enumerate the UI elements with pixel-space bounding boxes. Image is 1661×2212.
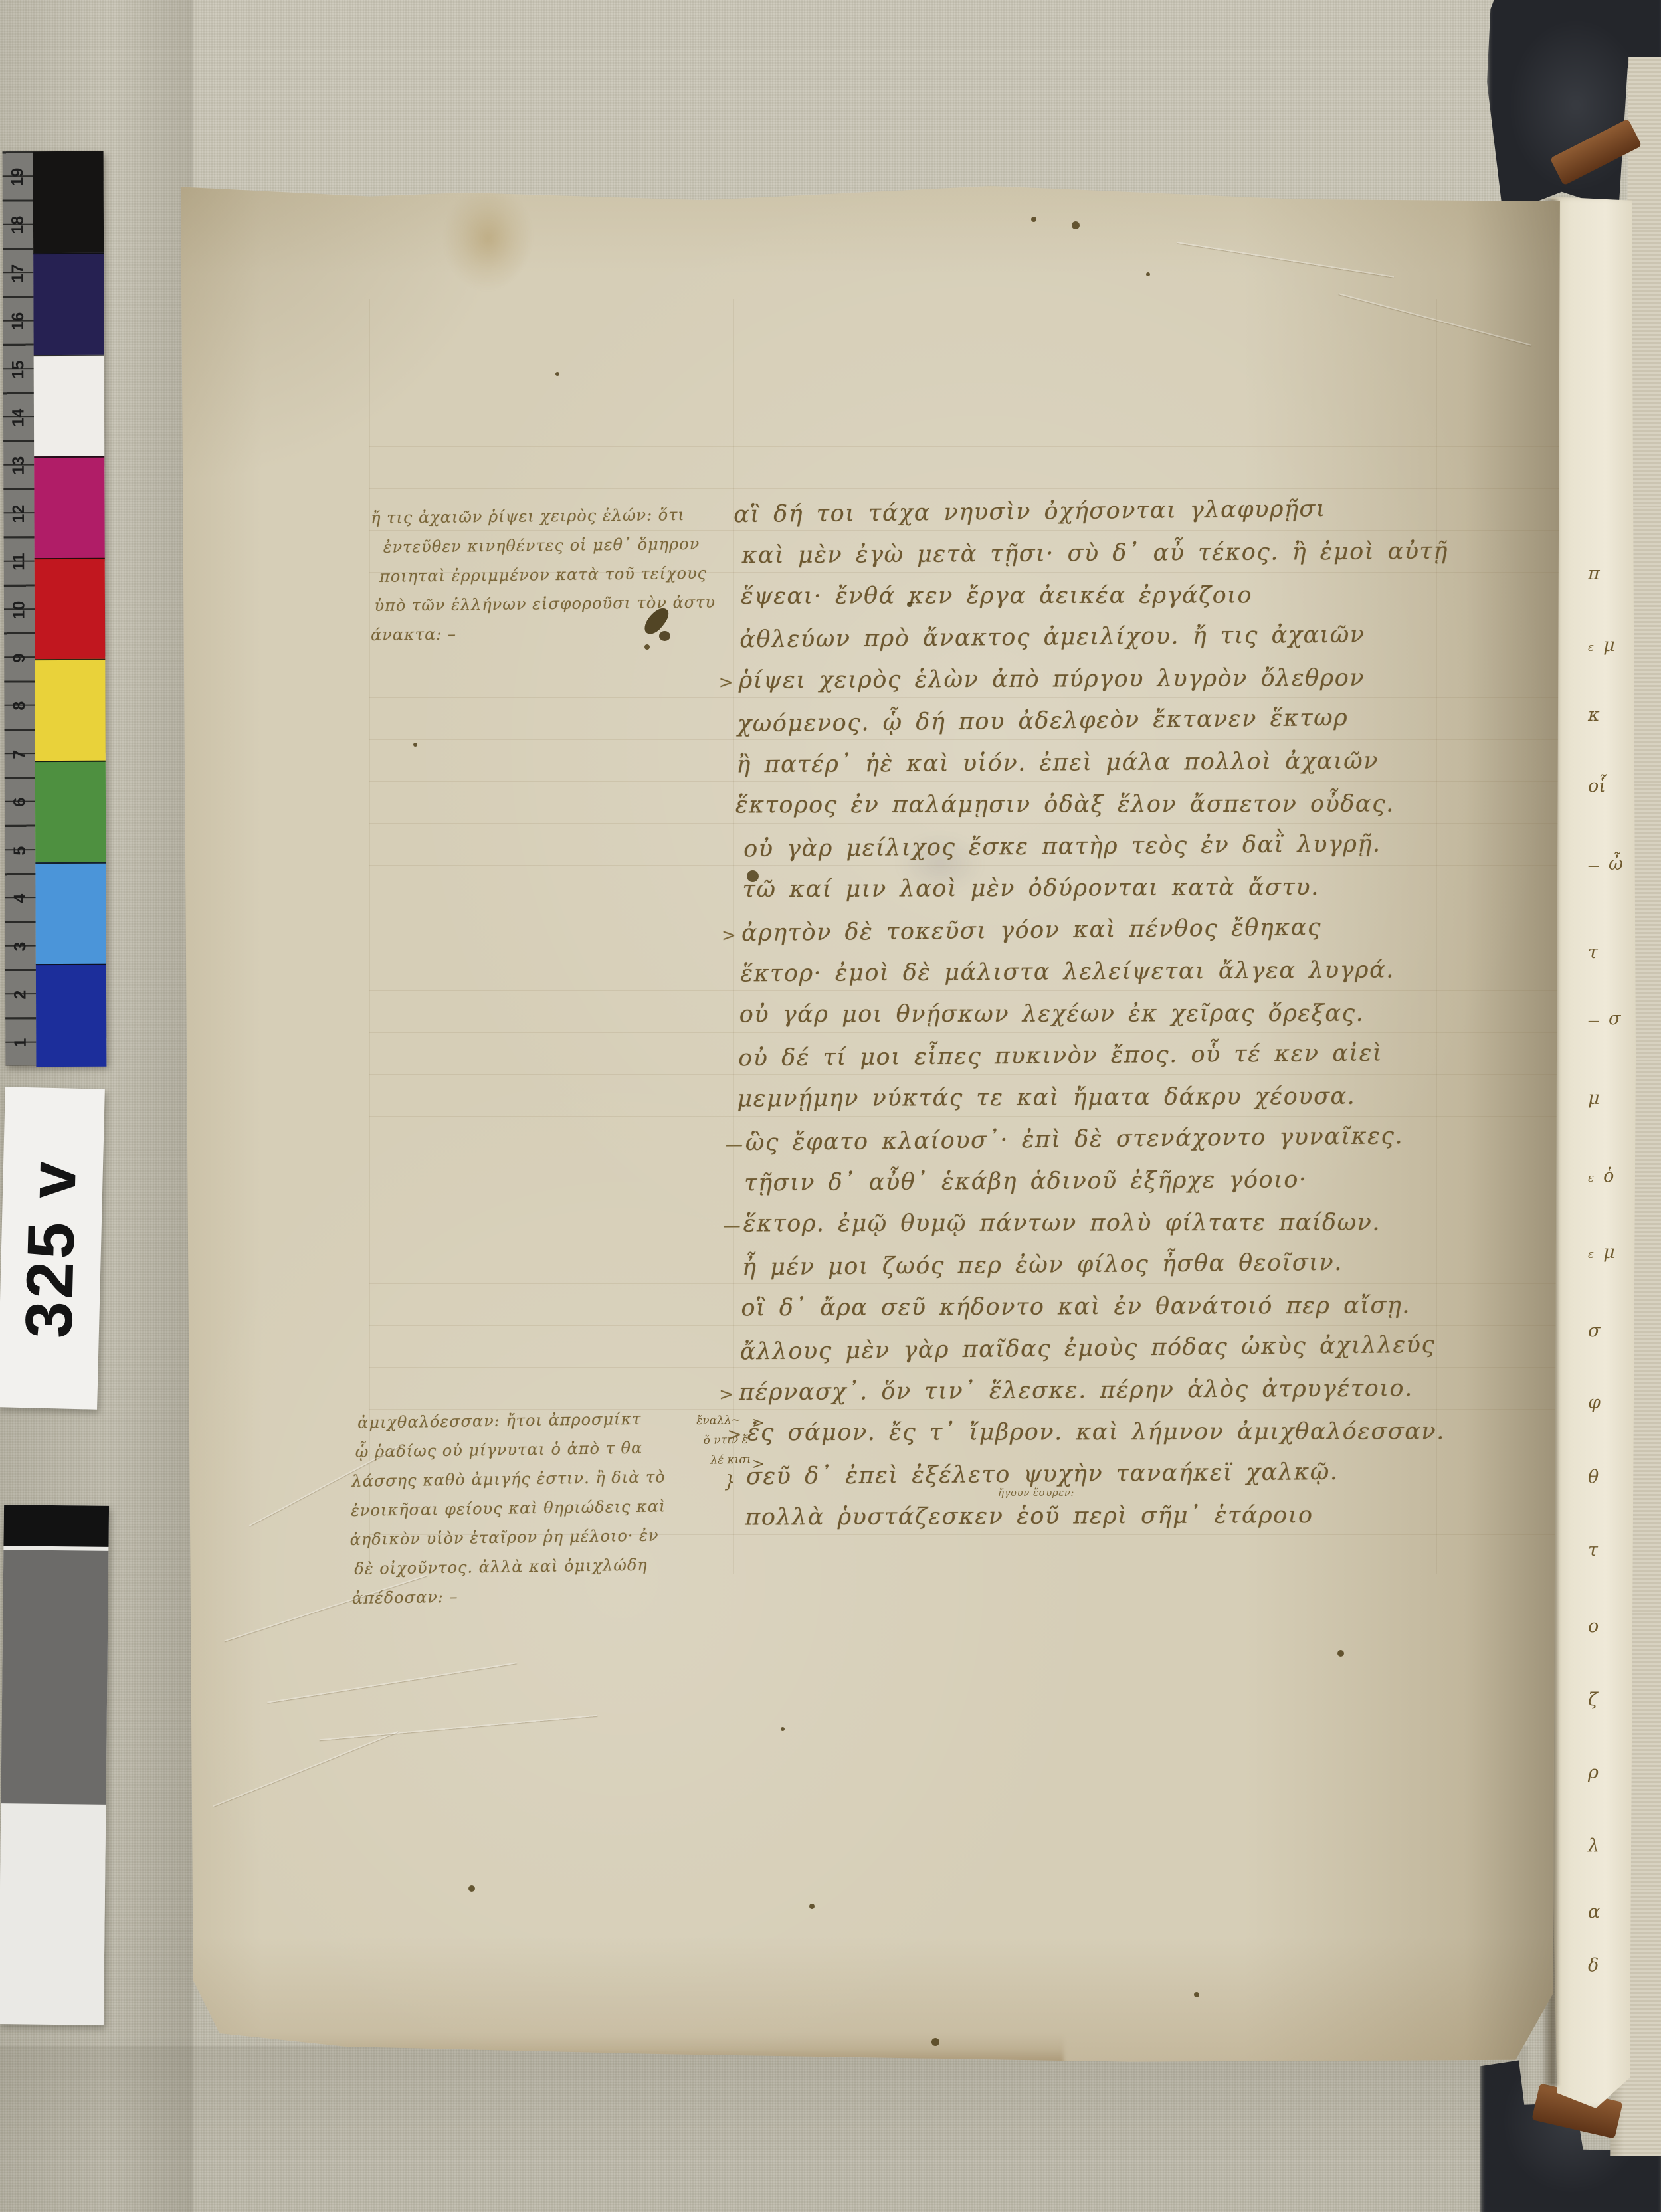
text-line: πολλὰ ῥυστάζεσκεν ἑοῦ περὶ σῆμ᾽ ἑτάροιο — [725, 1502, 1313, 1531]
verse-text: χωόμενος. ᾧ δή που ἀδελφεὸν ἔκτανεν ἕκτω… — [737, 704, 1349, 737]
scholion-line: ὑπὸ τῶν ἑλλήνων εἰσφοροῦσι τὸν ἀστυ — [374, 593, 716, 615]
verse-text: τῇσιν δ᾽ αὖθ᾽ ἑκάβη ἁδινοῦ ἐξῆρχε γόοιο· — [744, 1166, 1307, 1196]
verse-text: αἳ δή τοι τάχα νηυσὶν ὀχήσονται γλαφυρῇσ… — [733, 496, 1326, 528]
fore-edge-letter: π — [1588, 563, 1600, 584]
ruling-line — [369, 1409, 1618, 1410]
text-line: >ἐς σάμον. ἔς τ᾽ ἴμβρον. καὶ λήμνον ἀμιχ… — [728, 1418, 1445, 1446]
fore-edge-letter: ζ — [1588, 1689, 1598, 1710]
verse-text: ὣς ἔφατο κλαίουσ᾽· ἐπὶ δὲ στενάχοντο γυν… — [745, 1123, 1404, 1156]
ink-spot — [468, 1885, 475, 1892]
scholion-line: ἤ τις ἀχαιῶν ῥίψει χειρὸς ἑλών: ὅτι — [371, 506, 685, 527]
color-patch-ultramarine — [36, 964, 107, 1067]
verse-text: οἳ δ᾽ ἄρα σεῦ κήδοντο καὶ ἐν θανάτοιό πε… — [741, 1292, 1411, 1321]
ruling-line — [369, 1200, 1618, 1200]
text-line: ἦ μέν μοι ζωός περ ἐὼν φίλος ἦσθα θεοῖσι… — [722, 1249, 1343, 1281]
scholion-line: ἀηδικὸν υἱὸν ἑταῖρον ῥη μέλοιο· ἐν — [349, 1526, 658, 1548]
color-calibration-strip: 19181716151413121110987654321 — [3, 151, 107, 1066]
wrinkle — [1177, 242, 1394, 278]
fore-edge-glyph: θ — [1588, 1467, 1599, 1487]
text-line: >ἀρητὸν δὲ τοκεῦσι γόον καὶ πένθος ἔθηκα… — [722, 914, 1321, 947]
text-line: αἳ δή τοι τάχα νηυσὶν ὀχήσονται γλαφυρῇσ… — [714, 496, 1326, 528]
margin-mark: > — [722, 925, 741, 945]
fore-edge-letter: κ — [1588, 705, 1600, 725]
ruling-line — [369, 949, 1618, 949]
ruler-number: 19 — [8, 167, 27, 187]
ruling-line — [369, 1367, 1618, 1368]
fore-edge-glyph: τ — [1588, 1540, 1598, 1560]
verse-text: οὐ γὰρ μείλιχος ἔσκε πατὴρ τεὸς ἐν δαῒ λ… — [743, 830, 1381, 862]
ruler-number: 18 — [8, 215, 27, 235]
ink-spot — [644, 644, 650, 650]
ruling-line — [369, 656, 1618, 656]
ruling-line — [369, 1074, 1618, 1075]
ruling-line — [369, 823, 1618, 824]
margin-note-line: ὅ ντιν ἕ — [704, 1433, 748, 1447]
verse-text: μεμνῄμην νύκτάς τε καὶ ἤματα δάκρυ χέουσ… — [737, 1083, 1355, 1112]
wrinkle — [1256, 2084, 1481, 2102]
ruling-line — [369, 1534, 1618, 1535]
text-line: σεῦ δ᾽ ἐπεὶ ἐξέλετο ψυχὴν ταναήκεϊ χαλκῷ… — [726, 1459, 1339, 1491]
text-line: χωόμενος. ᾧ δή που ἀδελφεὸν ἔκτανεν ἕκτω… — [718, 704, 1349, 737]
fore-edge-glyph: λ — [1588, 1835, 1599, 1856]
color-patch-dark-violet-blue — [33, 253, 104, 356]
fore-edge-letter: εμ — [1588, 1242, 1615, 1263]
ruling-line — [369, 1493, 1618, 1493]
wrinkle — [267, 1662, 517, 1703]
fore-edge-glyph: μ — [1603, 1242, 1615, 1263]
ruler-number: 16 — [9, 312, 28, 331]
ruling-line — [369, 907, 1618, 907]
ruler-number: 9 — [10, 648, 29, 668]
ruler: 19181716151413121110987654321 — [3, 151, 37, 1065]
fore-edge-glyph: ζ — [1588, 1689, 1598, 1710]
ruler-number: 1 — [11, 1033, 31, 1053]
fore-edge-letter: ρ — [1588, 1762, 1599, 1783]
fore-edge-glyph: σ — [1609, 1008, 1620, 1029]
text-line: οὐ γὰρ μείλιχος ἔσκε πατὴρ τεὸς ἐν δαῒ λ… — [724, 830, 1381, 862]
ruler-number: 11 — [9, 552, 29, 572]
ruling-line — [369, 572, 1618, 573]
ruler-number: 13 — [9, 456, 29, 476]
ruling-line — [369, 990, 1618, 991]
ruling-line — [369, 1032, 1618, 1033]
gray-card-white — [0, 1807, 106, 2024]
verse-text: ἐς σάμον. ἔς τ᾽ ἴμβρον. καὶ λήμνον ἀμιχθ… — [747, 1418, 1445, 1446]
fore-edge-letter: τ — [1588, 1540, 1598, 1560]
text-line: οὐ γάρ μοι θνῄσκων λεχέων ἐκ χεῖρας ὄρεξ… — [720, 1000, 1365, 1028]
fore-edge-glyph: τ — [1588, 942, 1598, 963]
scholion-line: ποιηταὶ ἐρριμμένον κατὰ τοῦ τείχους — [379, 564, 707, 586]
color-patch-black — [33, 151, 104, 253]
ruler-number: 12 — [9, 504, 29, 523]
folio-number: 325 v — [11, 1158, 92, 1339]
fore-edge-letter: φ — [1588, 1392, 1601, 1413]
fore-edge-glyph: ρ — [1588, 1762, 1599, 1783]
fabric-shadow — [0, 2046, 1528, 2212]
ruling-line — [369, 1283, 1618, 1284]
margin-variant-note: ἔναλλ~ὅ ντιν ἕλέ κισι — [696, 1413, 776, 1414]
scholion-line: λάσσης καθὸ ἀμιγής ἐστιν. ἢ διὰ τὸ — [351, 1467, 666, 1491]
fore-edge-letter: ο — [1588, 1616, 1599, 1637]
ruling-line — [369, 697, 1618, 698]
scholion-line: ἐντεῦθεν κινηθέντες οἱ μεθ᾽ ὅμηρον — [383, 535, 700, 557]
fore-edge-glyph: φ — [1588, 1392, 1601, 1413]
ruling-line — [369, 1158, 1618, 1158]
text-line: ἄλλους μὲν γὰρ παῖδας ἐμοὺς πόδας ὠκὺς ἀ… — [720, 1331, 1436, 1365]
fore-edge-pre-mark: — — [1588, 860, 1599, 873]
text-line: τῇσιν δ᾽ αὖθ᾽ ἑκάβη ἁδινοῦ ἐξῆρχε γόοιο· — [724, 1166, 1307, 1196]
ink-spot — [781, 1727, 785, 1731]
gray-card-black — [3, 1505, 109, 1547]
wrinkle — [225, 1575, 427, 1642]
scholion-line: ᾧ ῥαδίως οὐ μίγνυται ὁ ἀπὸ τ θα — [355, 1439, 643, 1461]
verse-text: ἕκτορ· ἐμοὶ δὲ μάλιστα λελείψεται ἄλγεα … — [740, 957, 1395, 987]
fore-edge-letter: οἷ — [1588, 776, 1606, 796]
ruling-line — [369, 739, 1618, 740]
parchment-page: αἳ δή τοι τάχα νηυσὶν ὀχήσονται γλαφυρῇσ… — [179, 179, 1561, 2069]
ink-spot — [931, 2038, 939, 2046]
fore-edge-letter: —σ — [1588, 1008, 1620, 1029]
fore-edge-letter: εὁ — [1588, 1166, 1614, 1186]
ruling-line — [369, 1116, 1618, 1117]
ink-spot — [1194, 1992, 1199, 1997]
ruler-number: 15 — [9, 359, 28, 379]
fore-edge-pre-mark: ε — [1588, 1172, 1594, 1185]
ink-spot — [1072, 221, 1080, 229]
folio-number-card: 325 v — [0, 1087, 105, 1410]
text-line: ἢ πατέρ᾽ ἠὲ καὶ υἱόν. ἐπεὶ μάλα πολλοὶ ἀ… — [716, 747, 1379, 778]
verse-text: ἄλλους μὲν γὰρ παῖδας ἐμοὺς πόδας ὠκὺς ἀ… — [740, 1331, 1436, 1365]
ruler-number: 8 — [10, 696, 29, 716]
fore-edge-letter: δ — [1588, 1955, 1599, 1976]
ink-spot — [1337, 1650, 1344, 1657]
scholion-line: ἐνοικῆσαι φείους καὶ θηριώδεις καὶ — [351, 1497, 666, 1520]
verse-text: ἕκτορος ἐν παλάμῃσιν ὀδὰξ ἕλον ἄσπετον ο… — [735, 790, 1395, 818]
text-line: ἕψεαι· ἔνθά κεν ἔργα ἀεικέα ἐργάζοιο — [721, 582, 1252, 610]
color-patch-green — [35, 761, 106, 864]
text-line: ἕκτορος ἐν παλάμῃσιν ὀδὰξ ἕλον ἄσπετον ο… — [716, 790, 1395, 818]
text-line: μεμνῄμην νύκτάς τε καὶ ἤματα δάκρυ χέουσ… — [717, 1083, 1355, 1112]
verse-text: ἕκτορ. ἐμῷ θυμῷ πάντων πολὺ φίλτατε παίδ… — [743, 1209, 1381, 1237]
diple-mark: > — [752, 1415, 764, 1431]
margin-note-line: ἔναλλ~ — [696, 1414, 741, 1428]
text-line: ἕκτορ· ἐμοὶ δὲ μάλιστα λελείψεται ἄλγεα … — [720, 957, 1395, 987]
fore-edge-glyph: ὦ — [1609, 854, 1623, 874]
wrinkle — [320, 1715, 598, 1741]
margin-mark: > — [719, 1384, 739, 1404]
scholion-line: άνακτα: – — [371, 625, 456, 644]
ruling-line — [369, 405, 1618, 405]
fore-edge-glyph: π — [1588, 563, 1600, 584]
ruler-number: 17 — [9, 263, 28, 283]
verse-text: ἦ μέν μοι ζωός περ ἐὼν φίλος ἦσθα θεοῖσι… — [742, 1249, 1343, 1280]
verse-text: πολλὰ ῥυστάζεσκεν ἑοῦ περὶ σῆμ᾽ ἑτάροιο — [745, 1502, 1313, 1530]
verse-text: ἢ πατέρ᾽ ἠὲ καὶ υἱόν. ἐπεὶ μάλα πολλοὶ ἀ… — [736, 747, 1379, 778]
fore-edge-glyph: σ — [1588, 1321, 1600, 1341]
ruling-line — [369, 614, 1618, 614]
ruler-number: 6 — [10, 792, 29, 812]
ink-blot — [659, 631, 670, 641]
ink-spot — [413, 743, 417, 747]
verse-text: οὐ γάρ μοι θνῄσκων λεχέων ἐκ χεῖρας ὄρεξ… — [739, 1000, 1365, 1028]
fore-edge-letter: λ — [1588, 1835, 1599, 1856]
ruling-line — [369, 530, 1618, 531]
ruling-line — [369, 865, 1618, 866]
ink-spot — [809, 1904, 815, 1909]
color-patch-light-blue — [35, 862, 106, 965]
fore-edge-glyph: ο — [1588, 1616, 1599, 1637]
ink-spot — [747, 870, 759, 882]
text-line: ἀθλεύων πρὸ ἄνακτος ἀμειλίχου. ἤ τις ἀχα… — [720, 621, 1365, 653]
fore-edge-letter: θ — [1588, 1467, 1599, 1487]
fore-edge-glyph: κ — [1588, 705, 1600, 725]
verse-text: σεῦ δ᾽ ἐπεὶ ἐξέλετο ψυχὴν ταναήκεϊ χαλκῷ… — [746, 1459, 1339, 1490]
stain — [444, 186, 533, 291]
text-line: οὐ δέ τί μοι εἶπες πυκινὸν ἔπος. οὗ τέ κ… — [718, 1040, 1383, 1071]
fore-edge-pre-mark: — — [1588, 1014, 1599, 1028]
verse-text: πέρνασχ᾽. ὅν τιν᾽ ἕλεσκε. πέρην ἁλὸς ἀτρ… — [739, 1375, 1413, 1406]
text-line: >πέρνασχ᾽. ὅν τιν᾽ ἕλεσκε. πέρην ἁλὸς ἀτ… — [719, 1375, 1413, 1406]
color-patch-magenta — [34, 456, 105, 559]
color-patch-yellow — [35, 659, 106, 762]
ruler-number: 5 — [11, 840, 30, 860]
grayscale-card — [0, 1505, 109, 2025]
ruler-number: 4 — [11, 889, 30, 909]
fore-edge-glyph: μ — [1588, 1088, 1600, 1109]
margin-mark: — — [726, 1135, 745, 1154]
scholion-line: ἀπέδοσαν: – — [352, 1588, 458, 1608]
fore-edge-glyph: οἷ — [1588, 776, 1606, 796]
ruling-line — [369, 781, 1618, 782]
fore-edge-letter: εμ — [1588, 635, 1615, 656]
fore-edge-letter: —ὦ — [1588, 854, 1623, 874]
ink-spot — [1146, 272, 1150, 276]
ruling-line — [369, 1242, 1618, 1242]
gray-card-gray — [1, 1550, 108, 1805]
verse-text: οὐ δέ τί μοι εἶπες πυκινὸν ἔπος. οὗ τέ κ… — [738, 1040, 1383, 1071]
margin-note-line: λέ κισι — [710, 1453, 751, 1467]
ink-spot — [1031, 217, 1036, 222]
fore-edge-letter: α — [1588, 1902, 1600, 1922]
text-line: καὶ μὲν ἐγὼ μετὰ τῇσι· σὺ δ᾽ αὖ τέκος. ἢ… — [722, 537, 1448, 569]
verse-text: τῶ καί μιν λαοὶ μὲν ὀδύρονται κατὰ ἄστυ. — [742, 874, 1319, 903]
ruling-line — [369, 446, 1618, 447]
fore-edge-pre-mark: ε — [1588, 1248, 1594, 1261]
color-patch-white — [34, 355, 105, 458]
fore-edge-letter: τ — [1588, 942, 1598, 963]
fore-edge-glyph: α — [1588, 1902, 1600, 1922]
text-line: >ῥίψει χειρὸς ἑλὼν ἀπὸ πύργου λυγρὸν ὄλε… — [719, 664, 1365, 693]
main-text-block: αἳ δή τοι τάχα νηυσὶν ὀχήσονται γλαφυρῇσ… — [718, 497, 1502, 502]
text-line: τῶ καί μιν λαοὶ μὲν ὀδύρονται κατὰ ἄστυ. — [722, 874, 1319, 903]
ruling-column-line — [733, 299, 734, 1574]
color-patch-red — [35, 557, 106, 660]
text-line: οἳ δ᾽ ἄρα σεῦ κήδοντο καὶ ἐν θανάτοιό πε… — [721, 1292, 1411, 1321]
ruling-line — [369, 363, 1618, 363]
diple-mark: > — [752, 1456, 764, 1473]
fore-edge-glyph: ὁ — [1603, 1166, 1614, 1186]
manuscript-photograph: πεμκοἷ—ὦτ—σμεὁεμσφθτοζρλαδ αἳ δή τοι τάχ… — [0, 0, 1661, 2212]
verse-text: ἀρητὸν δὲ τοκεῦσι γόον καὶ πένθος ἔθηκας — [741, 914, 1321, 947]
scholion-line: δὲ οἰχοῦντος. ἀλλὰ καὶ ὀμιχλώδη — [354, 1556, 648, 1578]
fore-edge-letter: μ — [1588, 1088, 1600, 1109]
ruling-line — [369, 1325, 1618, 1326]
fore-edge-letter: σ — [1588, 1321, 1600, 1341]
text-line: —ὣς ἔφατο κλαίουσ᾽· ἐπὶ δὲ στενάχοντο γυ… — [726, 1123, 1404, 1156]
ink-spot — [555, 372, 559, 376]
verse-text: ῥίψει χειρὸς ἑλὼν ἀπὸ πύργου λυγρὸν ὄλεθ… — [739, 664, 1365, 693]
ruling-column-line — [369, 299, 370, 1574]
ruling-line — [369, 1451, 1618, 1451]
ink-spot — [907, 602, 912, 607]
verse-text: καὶ μὲν ἐγὼ μετὰ τῇσι· σὺ δ᾽ αὖ τέκος. ἢ… — [741, 537, 1448, 568]
text-line: —ἕκτορ. ἐμῷ θυμῷ πάντων πολὺ φίλτατε παί… — [724, 1209, 1381, 1237]
ruler-number: 7 — [10, 744, 29, 764]
ruler-number: 14 — [9, 408, 28, 428]
margin-mark: > — [719, 672, 739, 692]
ruler-number: 3 — [11, 937, 30, 957]
ruler-number: 2 — [11, 984, 30, 1004]
ruling-column-line — [1436, 299, 1437, 1574]
wrinkle — [1339, 293, 1531, 346]
fore-edge-glyph: δ — [1588, 1955, 1599, 1976]
scholion-line: ἀμιχθαλόεσσαν: ἤτοι ἀπροσμίκτ — [357, 1410, 642, 1432]
verse-text: ἀθλεύων πρὸ ἄνακτος ἀμειλίχου. ἤ τις ἀχα… — [739, 621, 1365, 653]
fore-edge-pre-mark: ε — [1588, 641, 1594, 654]
wrinkle — [213, 1731, 399, 1807]
fore-edge-glyph: μ — [1603, 635, 1615, 656]
ruling-line — [369, 488, 1618, 489]
color-patches — [33, 151, 107, 1065]
verse-text: ἕψεαι· ἔνθά κεν ἔργα ἀεικέα ἐργάζοιο — [741, 582, 1252, 609]
ruler-number: 10 — [9, 600, 29, 620]
